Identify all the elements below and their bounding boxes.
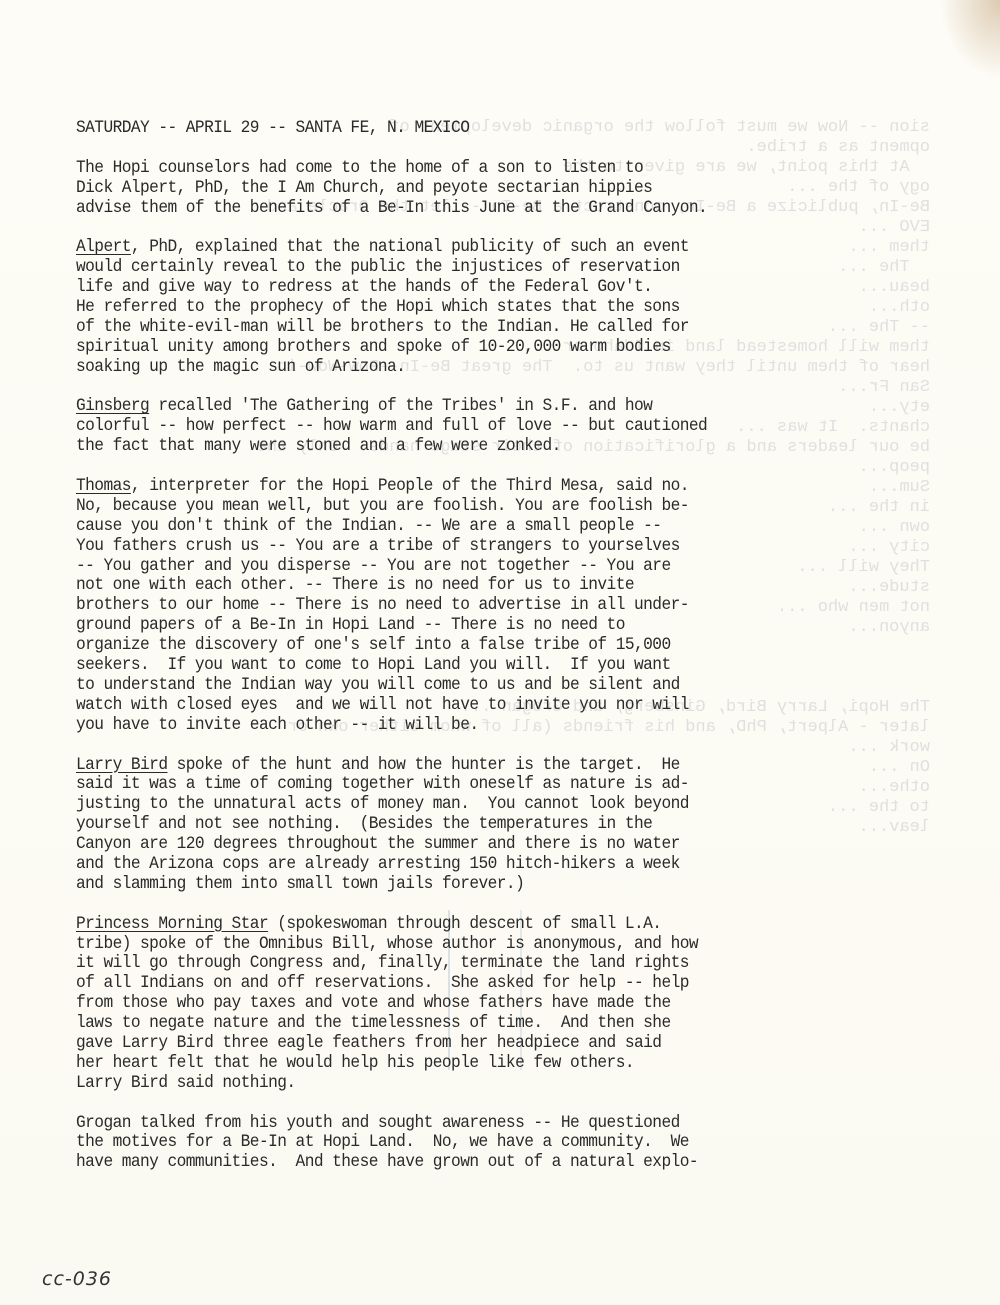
line-text: yourself and not see nothing. (Besides t… bbox=[76, 815, 652, 834]
line-text: would certainly reveal to the public the… bbox=[76, 258, 680, 277]
line-text: seekers. If you want to come to Hopi Lan… bbox=[76, 656, 671, 675]
line-text: Canyon are 120 degrees throughout the su… bbox=[76, 835, 680, 854]
text-line: yourself and not see nothing. (Besides t… bbox=[76, 815, 913, 835]
text-line: Larry Bird said nothing. bbox=[76, 1074, 913, 1094]
text-line: to understand the Indian way you will co… bbox=[76, 676, 913, 696]
line-text: spoke of the hunt and how the hunter is … bbox=[167, 756, 679, 775]
line-text: Larry Bird said nothing. bbox=[76, 1074, 296, 1093]
text-line: it will go through Congress and, finally… bbox=[76, 954, 913, 974]
text-line: Ginsberg recalled 'The Gathering of the … bbox=[76, 397, 913, 417]
text-line: spiritual unity among brothers and spoke… bbox=[76, 338, 913, 358]
paragraph-gap bbox=[76, 1094, 913, 1114]
line-text: advise them of the benefits of a Be-In t… bbox=[76, 199, 707, 218]
speaker-name: Larry Bird bbox=[76, 756, 167, 775]
text-line: advise them of the benefits of a Be-In t… bbox=[76, 199, 913, 219]
line-text: Grogan talked from his youth and sought … bbox=[76, 1114, 680, 1133]
line-text: He referred to the prophecy of the Hopi … bbox=[76, 298, 680, 317]
line-text: No, because you mean well, but you are f… bbox=[76, 497, 689, 516]
paragraph: Thomas, interpreter for the Hopi People … bbox=[76, 477, 913, 736]
line-text: said it was a time of coming together wi… bbox=[76, 775, 689, 794]
line-text: have many communities. And these have gr… bbox=[76, 1153, 698, 1172]
text-line: from those who pay taxes and vote and wh… bbox=[76, 994, 913, 1014]
paragraph: Princess Morning Star (spokeswoman throu… bbox=[76, 915, 913, 1094]
text-line: watch with closed eyes and we will not h… bbox=[76, 696, 913, 716]
text-line: not one with each other. -- There is no … bbox=[76, 576, 913, 596]
speaker-name: Alpert bbox=[76, 238, 131, 257]
paragraph-gap bbox=[76, 218, 913, 238]
text-line: and the Arizona cops are already arresti… bbox=[76, 855, 913, 875]
line-text: of the white-evil-man will be brothers t… bbox=[76, 318, 689, 337]
line-text: (spokeswoman through descent of small L.… bbox=[268, 915, 661, 934]
line-text: colorful -- how perfect -- how warm and … bbox=[76, 417, 707, 436]
paragraphs: The Hopi counselors had come to the home… bbox=[76, 159, 913, 1173]
text-line: cause you don't think of the Indian. -- … bbox=[76, 517, 913, 537]
text-line: would certainly reveal to the public the… bbox=[76, 258, 913, 278]
paragraph: Larry Bird spoke of the hunt and how the… bbox=[76, 756, 913, 895]
text-line: life and give way to redress at the hand… bbox=[76, 278, 913, 298]
paragraph-gap bbox=[76, 378, 913, 398]
text-line: the fact that many were stoned and a few… bbox=[76, 437, 913, 457]
line-text: gave Larry Bird three eagle feathers fro… bbox=[76, 1034, 661, 1053]
text-line: Canyon are 120 degrees throughout the su… bbox=[76, 835, 913, 855]
line-text: you have to invite each other -- it will… bbox=[76, 716, 479, 735]
speaker-name: Princess Morning Star bbox=[76, 915, 268, 934]
line-text: her heart felt that he would help his pe… bbox=[76, 1054, 634, 1073]
text-line: and slamming them into small town jails … bbox=[76, 875, 913, 895]
text-line: Alpert, PhD, explained that the national… bbox=[76, 238, 913, 258]
text-line: You fathers crush us -- You are a tribe … bbox=[76, 537, 913, 557]
line-text: You fathers crush us -- You are a tribe … bbox=[76, 537, 680, 556]
paragraph: Ginsberg recalled 'The Gathering of the … bbox=[76, 397, 913, 457]
line-text: cause you don't think of the Indian. -- … bbox=[76, 517, 661, 536]
line-text: laws to negate nature and the timelessne… bbox=[76, 1014, 671, 1033]
text-line: The Hopi counselors had come to the home… bbox=[76, 159, 913, 179]
line-text: it will go through Congress and, finally… bbox=[76, 954, 689, 973]
text-line: organize the discovery of one's self int… bbox=[76, 636, 913, 656]
text-line: of the white-evil-man will be brothers t… bbox=[76, 318, 913, 338]
line-text: and slamming them into small town jails … bbox=[76, 875, 524, 894]
line-text: organize the discovery of one's self int… bbox=[76, 636, 671, 655]
paragraph-gap bbox=[76, 736, 913, 756]
text-line: of all Indians on and off reservations. … bbox=[76, 974, 913, 994]
line-text: justing to the unnatural acts of money m… bbox=[76, 795, 689, 814]
text-line: the motives for a Be-In at Hopi Land. No… bbox=[76, 1133, 913, 1153]
line-text: from those who pay taxes and vote and wh… bbox=[76, 994, 671, 1013]
line-text: the fact that many were stoned and a few… bbox=[76, 437, 561, 456]
text-line: He referred to the prophecy of the Hopi … bbox=[76, 298, 913, 318]
text-line: soaking up the magic sun of Arizona. bbox=[76, 358, 913, 378]
text-line: Grogan talked from his youth and sought … bbox=[76, 1114, 913, 1134]
text-line: Thomas, interpreter for the Hopi People … bbox=[76, 477, 913, 497]
dateline-heading: SATURDAY -- APRIL 29 -- SANTA FE, N. MEX… bbox=[76, 119, 913, 139]
line-text: recalled 'The Gathering of the Tribes' i… bbox=[149, 397, 652, 416]
line-text: Dick Alpert, PhD, the I Am Church, and p… bbox=[76, 179, 652, 198]
text-line: No, because you mean well, but you are f… bbox=[76, 497, 913, 517]
text-line: gave Larry Bird three eagle feathers fro… bbox=[76, 1034, 913, 1054]
catalog-number: cc-036 bbox=[42, 1268, 112, 1290]
text-line: justing to the unnatural acts of money m… bbox=[76, 795, 913, 815]
line-text: watch with closed eyes and we will not h… bbox=[76, 696, 689, 715]
paragraph-gap bbox=[76, 457, 913, 477]
text-line: ground papers of a Be-In in Hopi Land --… bbox=[76, 616, 913, 636]
text-line: Larry Bird spoke of the hunt and how the… bbox=[76, 756, 913, 776]
speaker-name: Thomas bbox=[76, 477, 131, 496]
line-text: spiritual unity among brothers and spoke… bbox=[76, 338, 671, 357]
text-line: colorful -- how perfect -- how warm and … bbox=[76, 417, 913, 437]
paragraph: Grogan talked from his youth and sought … bbox=[76, 1114, 913, 1174]
line-text: The Hopi counselors had come to the home… bbox=[76, 159, 643, 178]
line-text: , PhD, explained that the national publi… bbox=[131, 238, 689, 257]
text-line: Dick Alpert, PhD, the I Am Church, and p… bbox=[76, 179, 913, 199]
text-line: said it was a time of coming together wi… bbox=[76, 775, 913, 795]
line-text: of all Indians on and off reservations. … bbox=[76, 974, 689, 993]
document-page: sion -- Now we must follow the organic d… bbox=[0, 0, 1000, 1305]
paragraph: The Hopi counselors had come to the home… bbox=[76, 159, 913, 219]
line-text: tribe) spoke of the Omnibus Bill, whose … bbox=[76, 935, 698, 954]
line-text: ground papers of a Be-In in Hopi Land --… bbox=[76, 616, 625, 635]
line-text: and the Arizona cops are already arresti… bbox=[76, 855, 680, 874]
line-text: , interpreter for the Hopi People of the… bbox=[131, 477, 689, 496]
line-text: soaking up the magic sun of Arizona. bbox=[76, 358, 405, 377]
line-text: the motives for a Be-In at Hopi Land. No… bbox=[76, 1133, 689, 1152]
line-text: -- You gather and you disperse -- You ar… bbox=[76, 557, 671, 576]
paragraph-gap bbox=[76, 895, 913, 915]
text-line: laws to negate nature and the timelessne… bbox=[76, 1014, 913, 1034]
text-line: seekers. If you want to come to Hopi Lan… bbox=[76, 656, 913, 676]
text-line: you have to invite each other -- it will… bbox=[76, 716, 913, 736]
line-text: brothers to our home -- There is no need… bbox=[76, 596, 689, 615]
paragraph: Alpert, PhD, explained that the national… bbox=[76, 238, 913, 377]
text-line: her heart felt that he would help his pe… bbox=[76, 1054, 913, 1074]
document-body: SATURDAY -- APRIL 29 -- SANTA FE, N. MEX… bbox=[76, 119, 913, 1173]
line-text: to understand the Indian way you will co… bbox=[76, 676, 680, 695]
line-text: not one with each other. -- There is no … bbox=[76, 576, 634, 595]
line-text: life and give way to redress at the hand… bbox=[76, 278, 652, 297]
text-line: tribe) spoke of the Omnibus Bill, whose … bbox=[76, 935, 913, 955]
text-line: have many communities. And these have gr… bbox=[76, 1153, 913, 1173]
text-line: Princess Morning Star (spokeswoman throu… bbox=[76, 915, 913, 935]
text-line: -- You gather and you disperse -- You ar… bbox=[76, 557, 913, 577]
text-line: brothers to our home -- There is no need… bbox=[76, 596, 913, 616]
speaker-name: Ginsberg bbox=[76, 397, 149, 416]
